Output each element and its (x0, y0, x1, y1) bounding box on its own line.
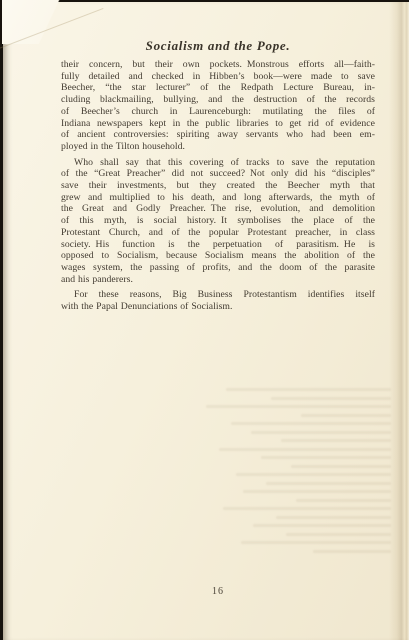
page-header-title: Socialism and the Pope. (61, 38, 375, 54)
show-through-line (276, 516, 391, 519)
text-line: Who shall say that this covering of trac… (61, 157, 375, 169)
text-line: and his panderers. (61, 274, 375, 286)
show-through-line (291, 465, 391, 468)
body-paragraph: their concern, but their own pockets. Mo… (61, 59, 375, 153)
show-through-line (206, 405, 391, 408)
text-line: of ancient controversies: spiriting away… (61, 129, 375, 141)
text-line: with the Papal Denunciations of Socialis… (61, 301, 375, 313)
text-line: wages system, the passing of profits, an… (61, 262, 375, 274)
show-through-line (231, 422, 391, 425)
show-through-line (241, 541, 391, 544)
text-line: For these reasons, Big Business Protesta… (61, 289, 375, 301)
show-through-line (223, 507, 391, 510)
reverse-side-show-through (81, 388, 391, 558)
text-line: grew and multiplied to his death, and lo… (61, 192, 375, 204)
show-through-line (313, 550, 391, 553)
text-line: of this myth, is social history. It symb… (61, 215, 375, 227)
text-line: opposed to Socialism, because Socialism … (61, 250, 375, 262)
show-through-line (296, 499, 391, 502)
show-through-line (261, 456, 391, 459)
text-line: Indiana newspapers kept in the public li… (61, 118, 375, 130)
show-through-line (236, 473, 391, 476)
show-through-line (271, 397, 391, 400)
text-line: ployed in the Tilton household. (61, 141, 375, 153)
show-through-line (251, 431, 391, 434)
show-through-line (243, 490, 391, 493)
paragraphs: their concern, but their own pockets. Mo… (61, 59, 375, 313)
show-through-line (219, 448, 391, 451)
show-through-line (301, 414, 391, 417)
show-through-line (281, 439, 391, 442)
page-number: 16 (61, 586, 375, 597)
text-line: their concern, but their own pockets. Mo… (61, 59, 375, 71)
show-through-line (253, 524, 391, 527)
text-line: Beecher, “the star lecturer” of the Redp… (61, 82, 375, 94)
page-curl-edge (389, 2, 409, 640)
show-through-line (226, 388, 391, 391)
text-line: of the “Great Preacher” did not succeed?… (61, 168, 375, 180)
text-line: of Beecher’s church in Laurenceburgh: mu… (61, 106, 375, 118)
show-through-line (286, 533, 391, 536)
scanned-page: Socialism and the Pope. their concern, b… (3, 2, 409, 640)
show-through-line (266, 482, 391, 485)
text-block: Socialism and the Pope. their concern, b… (61, 38, 375, 317)
text-line: fully detailed and checked in Hibben’s b… (61, 71, 375, 83)
text-line: society. His function is the perpetuatio… (61, 239, 375, 251)
text-line: cluding blackmailing, bullying, and the … (61, 94, 375, 106)
text-line: save their investments, but they created… (61, 180, 375, 192)
text-line: the Great and Godly Preacher. The rise, … (61, 203, 375, 215)
text-line: Protestant Church, and of the popular Pr… (61, 227, 375, 239)
body-paragraph: Who shall say that this covering of trac… (61, 157, 375, 286)
body-paragraph: For these reasons, Big Business Protesta… (61, 289, 375, 312)
